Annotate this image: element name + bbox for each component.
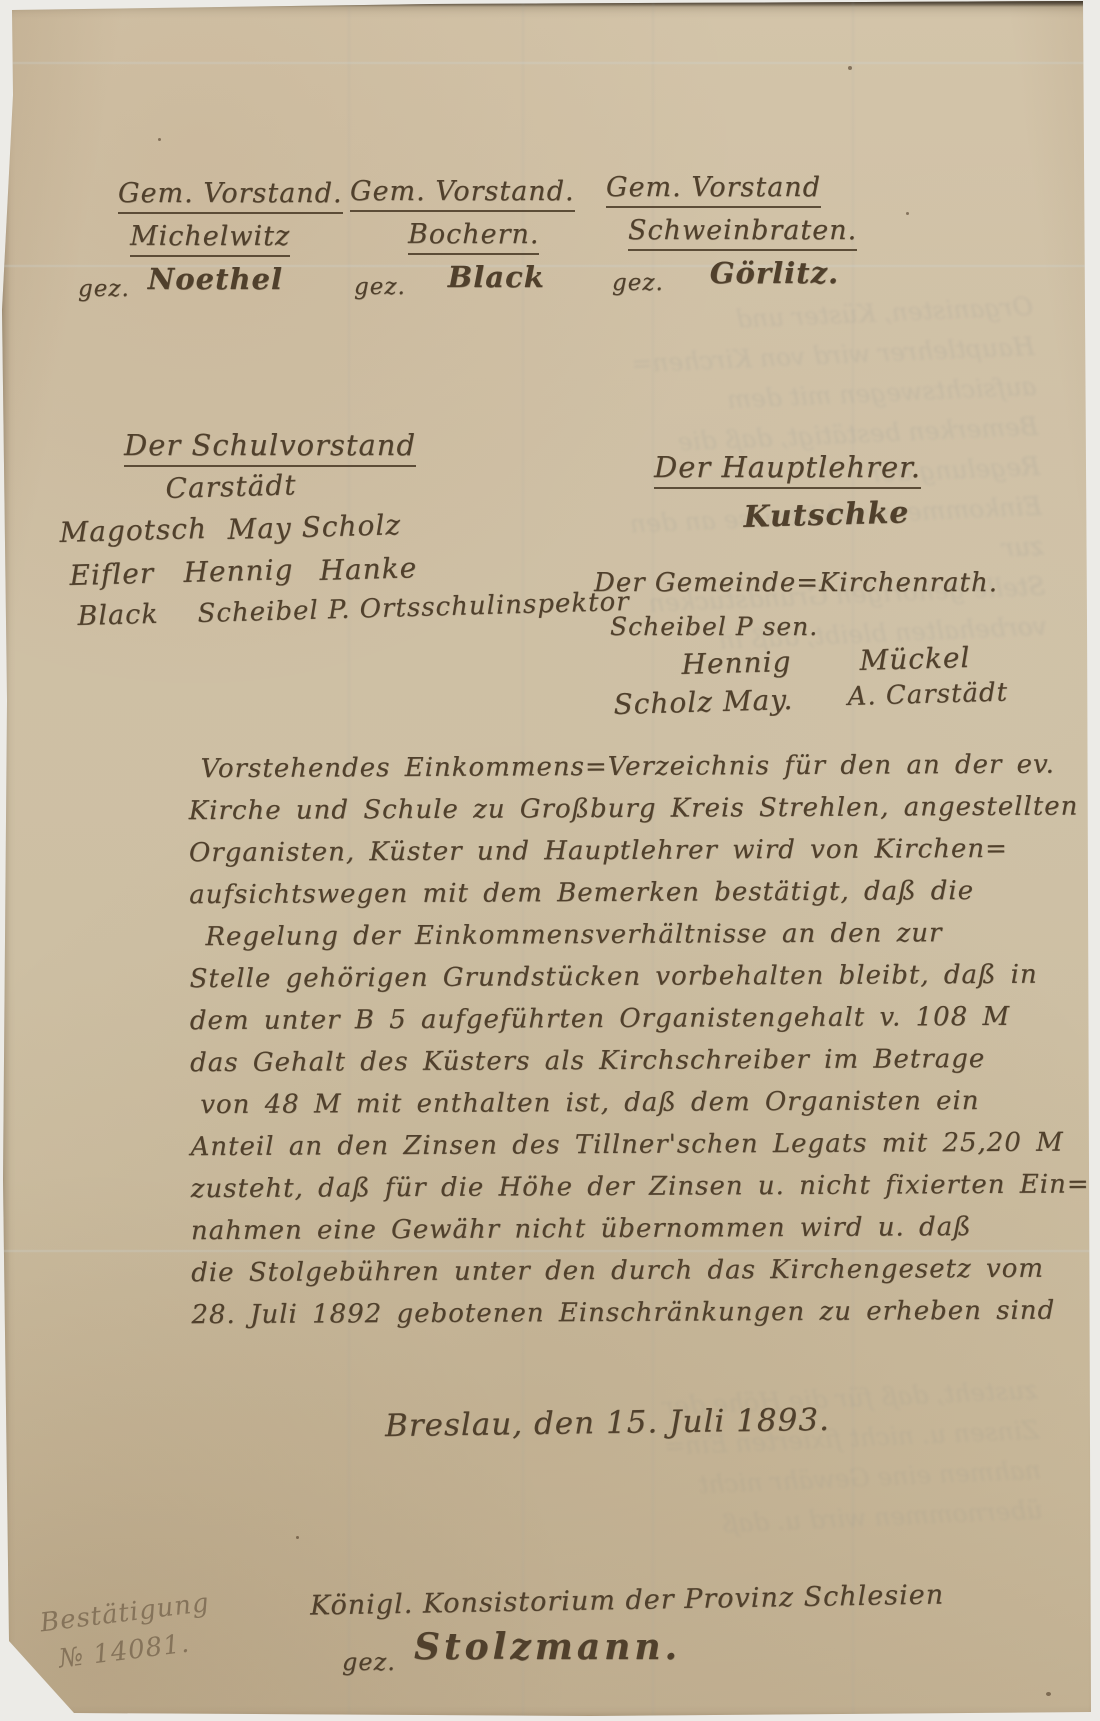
signature-name: Scholz May. [613, 683, 794, 721]
gez-label: gez. [342, 1648, 396, 1676]
document-paper: Organisten, Küster und Hauptlehrer wird … [0, 0, 1100, 1721]
place-name: Michelwitz [130, 221, 343, 257]
paragraph-line: von 48 M mit enthalten ist, daß dem Orga… [190, 1086, 1010, 1132]
paper-speck [1046, 1692, 1051, 1696]
paragraph-line: Regelung der Einkommensverhältnisse an d… [189, 918, 1009, 964]
paper-speck [296, 1536, 299, 1539]
block-header: Gem. Vorstand. [350, 176, 575, 212]
paragraph-line: zusteht, daß für die Höhe der Zinsen u. … [191, 1170, 1011, 1216]
signature-name: Scheibel P sen. [610, 612, 818, 641]
paragraph-line: Anteil an den Zinsen des Tillner'schen L… [190, 1128, 1010, 1174]
paper-speck [158, 138, 161, 141]
schulvorstand-title-text: Der Schulvorstand [124, 428, 416, 467]
footer-signature: Stolzmann. [414, 1626, 681, 1668]
block-header: Gem. Vorstand. [118, 178, 343, 214]
place-name-text: Michelwitz [130, 221, 290, 257]
block-header-text: Gem. Vorstand. [350, 176, 575, 212]
paragraph-line: das Gehalt des Küsters als Kirchschreibe… [190, 1044, 1010, 1090]
gez-label: gez. [354, 274, 406, 300]
paragraph-line: Vorstehendes Einkommens=Verzeichnis für … [188, 750, 1008, 796]
signature-name: Carstädt [165, 468, 297, 505]
signature-name: A. Carstädt [847, 678, 1008, 712]
signature-name: Mückel [859, 641, 971, 677]
place-name: Schweinbraten. [628, 215, 857, 251]
signature-name: Black [448, 260, 545, 294]
paragraph-line: 28. Juli 1892 gebotenen Einschränkungen … [191, 1296, 1011, 1342]
gemeinde-vorstand-block-bochern: Gem. Vorstand. Bochern. gez.Black [350, 176, 575, 301]
paragraph-line: aufsichtswegen mit dem Bemerken bestätig… [189, 876, 1009, 922]
hauptlehrer-block: Der Hauptlehrer. Kutschke Der Gemeinde=K… [560, 450, 1040, 730]
signature-name: Hennig [183, 553, 294, 589]
signature-name: May Scholz [227, 508, 401, 546]
schulvorstand-block: Der Schulvorstand Carstädt Magotsch May … [58, 428, 598, 658]
signature-name: Kutschke [743, 495, 910, 535]
signature-row: gez.Black [350, 267, 575, 301]
paragraph-line: Organisten, Küster und Hauptlehrer wird … [189, 834, 1009, 880]
schulvorstand-title: Der Schulvorstand [124, 428, 416, 467]
signature-row: gez.Görlitz. [606, 263, 857, 297]
scanned-document-page: { "top_signatures": [ { "header": "Gem. … [0, 0, 1100, 1721]
fold-crease-horizontal [0, 62, 1100, 64]
signature-row: gez.Noethel [78, 269, 343, 303]
signature-name: Noethel [148, 262, 283, 296]
paragraph-line: Stelle gehörigen Grundstücken vorbehalte… [190, 960, 1010, 1006]
hauptlehrer-title-text: Der Hauptlehrer. [654, 450, 921, 489]
signature-name: Magotsch [59, 512, 207, 549]
paragraph-line: Kirche und Schule zu Großburg Kreis Stre… [189, 792, 1009, 838]
place-name: Bochern. [408, 219, 575, 255]
signature-name: Hennig [681, 645, 792, 681]
paper-speck [906, 212, 909, 215]
signature-name: Eifler [69, 557, 155, 592]
block-header: Gem. Vorstand [606, 172, 857, 208]
kirchenrath-title: Der Gemeinde=Kirchenrath. [594, 568, 998, 598]
footer-institution: Königl. Konsistorium der Provinz Schlesi… [310, 1579, 945, 1621]
place-name-text: Bochern. [408, 219, 539, 255]
block-header-text: Gem. Vorstand [606, 172, 821, 208]
signature-name: Görlitz. [710, 256, 839, 290]
gemeinde-vorstand-block-schweinbraten: Gem. Vorstand Schweinbraten. gez.Görlitz… [606, 172, 857, 297]
signature-name: Black [77, 599, 159, 632]
place-name-text: Schweinbraten. [628, 215, 857, 251]
pencil-registry-note: Bestätigung № 14081. [38, 1588, 215, 1676]
paragraph-line: dem unter B 5 aufgeführten Organistengeh… [190, 1002, 1010, 1048]
bleed-through-text: zusteht, daß für die Höhe der Zinsen u. … [597, 1370, 1044, 1549]
gemeinde-vorstand-block-michelwitz: Gem. Vorstand. Michelwitz gez.Noethel [78, 178, 343, 303]
paper-top-edge [0, 0, 1100, 7]
paragraph-line: nahmen eine Gewähr nicht übernommen wird… [191, 1212, 1011, 1258]
paper-speck [848, 66, 852, 70]
signature-name: Hanke [319, 551, 418, 587]
gez-label: gez. [612, 270, 664, 296]
block-header-text: Gem. Vorstand. [118, 178, 343, 214]
confirmation-paragraph: Vorstehendes Einkommens=Verzeichnis für … [188, 750, 1011, 1342]
gez-label: gez. [78, 276, 130, 302]
dateline: Breslau, den 15. Juli 1893. [385, 1402, 830, 1444]
paragraph-line: die Stolgebühren unter den durch das Kir… [191, 1254, 1011, 1300]
hauptlehrer-title: Der Hauptlehrer. [654, 450, 921, 489]
